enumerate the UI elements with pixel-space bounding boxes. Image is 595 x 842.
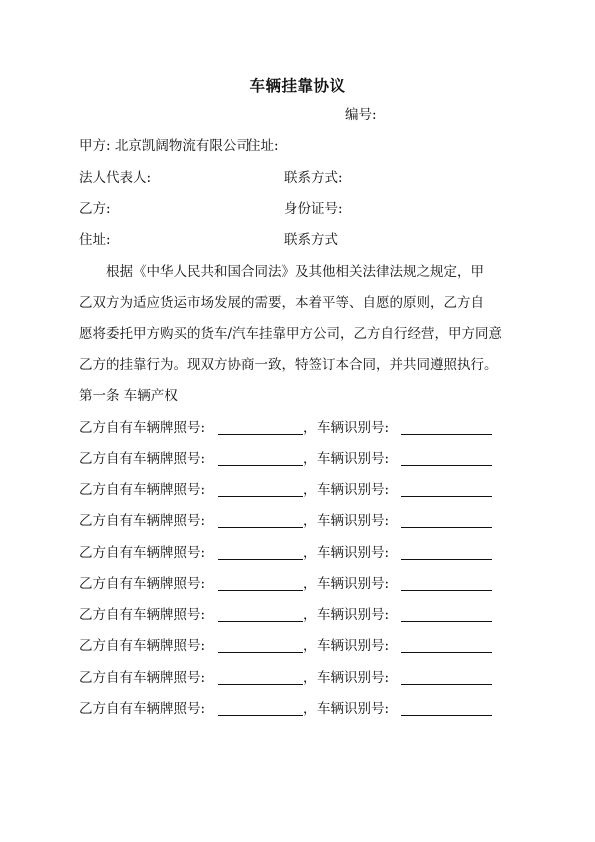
vin-field[interactable] <box>401 701 492 716</box>
party-b-label: 乙方: <box>79 201 111 217</box>
vin-label: 车辆识别号: <box>317 607 389 623</box>
vin-field[interactable] <box>401 420 492 435</box>
plate-label: 乙方自有车辆牌照号: <box>79 545 205 561</box>
vin-field[interactable] <box>401 607 492 622</box>
plate-number-field[interactable] <box>218 545 303 560</box>
plate-number-field[interactable] <box>218 607 303 622</box>
vin-label: 车辆识别号: <box>317 513 389 529</box>
comma: ， <box>303 638 317 654</box>
document-page: 车辆挂靠协议 编号: 甲方: 北京凯阔物流有限公司 住址: 法人代表人: 联系方… <box>0 0 595 842</box>
vin-label: 车辆识别号: <box>317 451 389 467</box>
comma: ， <box>303 513 317 529</box>
vin-field[interactable] <box>401 670 492 685</box>
plate-label: 乙方自有车辆牌照号: <box>79 513 205 529</box>
party-b-address-label: 住址: <box>79 232 111 248</box>
preamble-line-3: 愿将委托甲方购买的货车/汽车挂靠甲方公司，乙方自行经营，甲方同意 <box>79 326 519 342</box>
comma: ， <box>303 607 317 623</box>
preamble-line-2: 乙双方为适应货运市场发展的需要，本着平等、自愿的原则，乙方自 <box>79 295 519 311</box>
plate-label: 乙方自有车辆牌照号: <box>79 701 205 717</box>
vin-field[interactable] <box>401 451 492 466</box>
article-1-heading: 第一条 车辆产权 <box>79 388 519 404</box>
plate-label: 乙方自有车辆牌照号: <box>79 670 205 686</box>
comma: ， <box>303 482 317 498</box>
plate-number-field[interactable] <box>218 482 303 497</box>
plate-label: 乙方自有车辆牌照号: <box>79 607 205 623</box>
legal-representative-label: 法人代表人: <box>79 170 151 186</box>
party-b-contact-label: 联系方式 <box>284 232 338 248</box>
vin-field[interactable] <box>401 482 492 497</box>
vin-field[interactable] <box>401 638 492 653</box>
plate-number-field[interactable] <box>218 420 303 435</box>
vin-label: 车辆识别号: <box>317 701 389 717</box>
comma: ， <box>303 670 317 686</box>
comma: ， <box>303 451 317 467</box>
comma: ， <box>303 420 317 436</box>
vin-field[interactable] <box>401 545 492 560</box>
plate-label: 乙方自有车辆牌照号: <box>79 420 205 436</box>
preamble-line-1: 根据《中华人民共和国合同法》及其他相关法律法规之规定，甲 <box>106 264 546 280</box>
vin-label: 车辆识别号: <box>317 482 389 498</box>
plate-number-field[interactable] <box>218 670 303 685</box>
vin-label: 车辆识别号: <box>317 576 389 592</box>
vin-label: 车辆识别号: <box>317 670 389 686</box>
plate-number-field[interactable] <box>218 513 303 528</box>
party-a-contact-label: 联系方式: <box>284 170 343 186</box>
document-title: 车辆挂靠协议 <box>0 74 595 96</box>
plate-number-field[interactable] <box>218 451 303 466</box>
plate-number-field[interactable] <box>218 701 303 716</box>
plate-number-field[interactable] <box>218 638 303 653</box>
vin-field[interactable] <box>401 513 492 528</box>
vin-label: 车辆识别号: <box>317 545 389 561</box>
party-b-id-label: 身份证号: <box>284 201 343 217</box>
plate-number-field[interactable] <box>218 576 303 591</box>
vin-label: 车辆识别号: <box>317 420 389 436</box>
preamble-line-4: 乙方的挂靠行为。现双方协商一致，特签订本合同，并共同遵照执行。 <box>79 357 519 373</box>
comma: ， <box>303 545 317 561</box>
plate-label: 乙方自有车辆牌照号: <box>79 576 205 592</box>
comma: ， <box>303 576 317 592</box>
plate-label: 乙方自有车辆牌照号: <box>79 638 205 654</box>
comma: ， <box>303 701 317 717</box>
vin-label: 车辆识别号: <box>317 638 389 654</box>
party-a-name: 甲方: 北京凯阔物流有限公司 <box>79 138 250 154</box>
plate-label: 乙方自有车辆牌照号: <box>79 482 205 498</box>
contract-number-label: 编号: <box>345 107 377 123</box>
party-a-address-label: 住址: <box>247 138 279 154</box>
plate-label: 乙方自有车辆牌照号: <box>79 451 205 467</box>
vin-field[interactable] <box>401 576 492 591</box>
